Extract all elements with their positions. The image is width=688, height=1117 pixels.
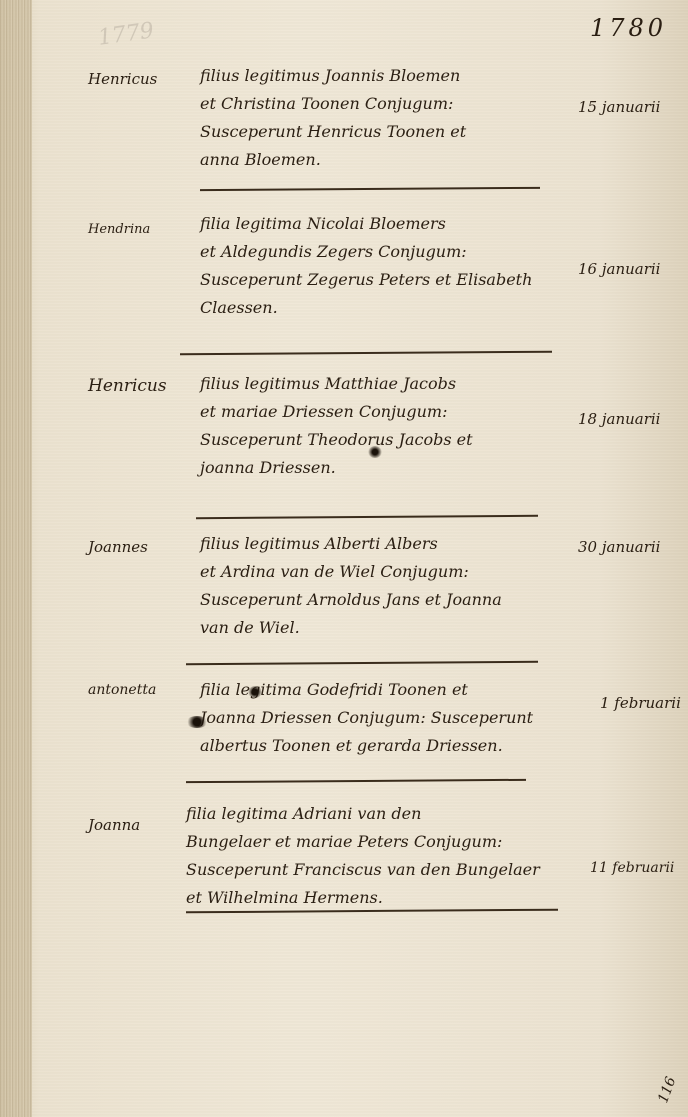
- entry-text: filius legitimus Alberti Albers et Ardin…: [200, 530, 570, 642]
- ink-blot: [186, 716, 208, 728]
- entry-line: Susceperunt Henricus Toonen et: [200, 118, 570, 146]
- baptism-date: 16 januarii: [578, 260, 660, 278]
- child-name: Joanna: [88, 816, 140, 834]
- ink-blot: [248, 686, 262, 698]
- entry-line: anna Bloemen.: [200, 146, 570, 174]
- entry-line: Susceperunt Theodorus Jacobs et: [200, 426, 570, 454]
- entry-line: Claessen.: [200, 294, 570, 322]
- entry-line: et Ardina van de Wiel Conjugum:: [200, 558, 570, 586]
- bleedthrough-year: 1779: [97, 18, 156, 51]
- entry-line: Susceperunt Arnoldus Jans et Joanna: [200, 586, 570, 614]
- entry-line: filia legitima Nicolai Bloemers: [200, 210, 570, 238]
- ink-blot: [368, 446, 382, 458]
- child-name: Hendrina: [88, 222, 150, 237]
- child-name: antonetta: [88, 682, 156, 698]
- entry-line: filius legitimus Alberti Albers: [200, 530, 570, 558]
- entry-line: filius legitimus Joannis Bloemen: [200, 62, 570, 90]
- entry-line: filius legitimus Matthiae Jacobs: [200, 370, 570, 398]
- entry-divider: [196, 515, 538, 519]
- entry-divider: [186, 661, 538, 665]
- entry-text: filia legitima Adriani van den Bungelaer…: [186, 800, 586, 912]
- folio-number: 116: [655, 1075, 679, 1106]
- entry-divider: [200, 187, 540, 191]
- child-name: Henricus: [88, 376, 167, 396]
- baptism-date: 1 februarii: [600, 694, 681, 712]
- entry-line: et Christina Toonen Conjugum:: [200, 90, 570, 118]
- entry-divider: [186, 779, 526, 783]
- child-name: Henricus: [88, 70, 157, 88]
- entry-line: et Wilhelmina Hermens.: [186, 884, 586, 912]
- entry-line: joanna Driessen.: [200, 454, 570, 482]
- baptism-date: 15 januarii: [578, 98, 660, 116]
- entry-line: Susceperunt Franciscus van den Bungelaer: [186, 856, 586, 884]
- entry-text: filius legitimus Joannis Bloemen et Chri…: [200, 62, 570, 174]
- page-year: 1780: [590, 14, 667, 42]
- baptism-date: 18 januarii: [578, 410, 660, 428]
- baptism-date: 11 februarii: [590, 860, 674, 876]
- child-name: Joannes: [88, 538, 148, 556]
- entry-line: filia legitima Adriani van den: [186, 800, 586, 828]
- entry-line: albertus Toonen et gerarda Driessen.: [200, 732, 570, 760]
- entry-line: et Aldegundis Zegers Conjugum:: [200, 238, 570, 266]
- entry-line: Susceperunt Zegerus Peters et Elisabeth: [200, 266, 570, 294]
- entry-line: Bungelaer et mariae Peters Conjugum:: [186, 828, 586, 856]
- entry-line: et mariae Driessen Conjugum:: [200, 398, 570, 426]
- baptism-date: 30 januarii: [578, 538, 660, 556]
- book-binding-edge: [0, 0, 32, 1117]
- register-page: 1779 1780 Henricus filius legitimus Joan…: [0, 0, 688, 1117]
- entry-text: filia legitima Nicolai Bloemers et Aldeg…: [200, 210, 570, 322]
- entry-line: van de Wiel.: [200, 614, 570, 642]
- entry-line: Joanna Driessen Conjugum: Susceperunt: [200, 704, 570, 732]
- entry-divider: [180, 351, 552, 355]
- entry-text: filius legitimus Matthiae Jacobs et mari…: [200, 370, 570, 482]
